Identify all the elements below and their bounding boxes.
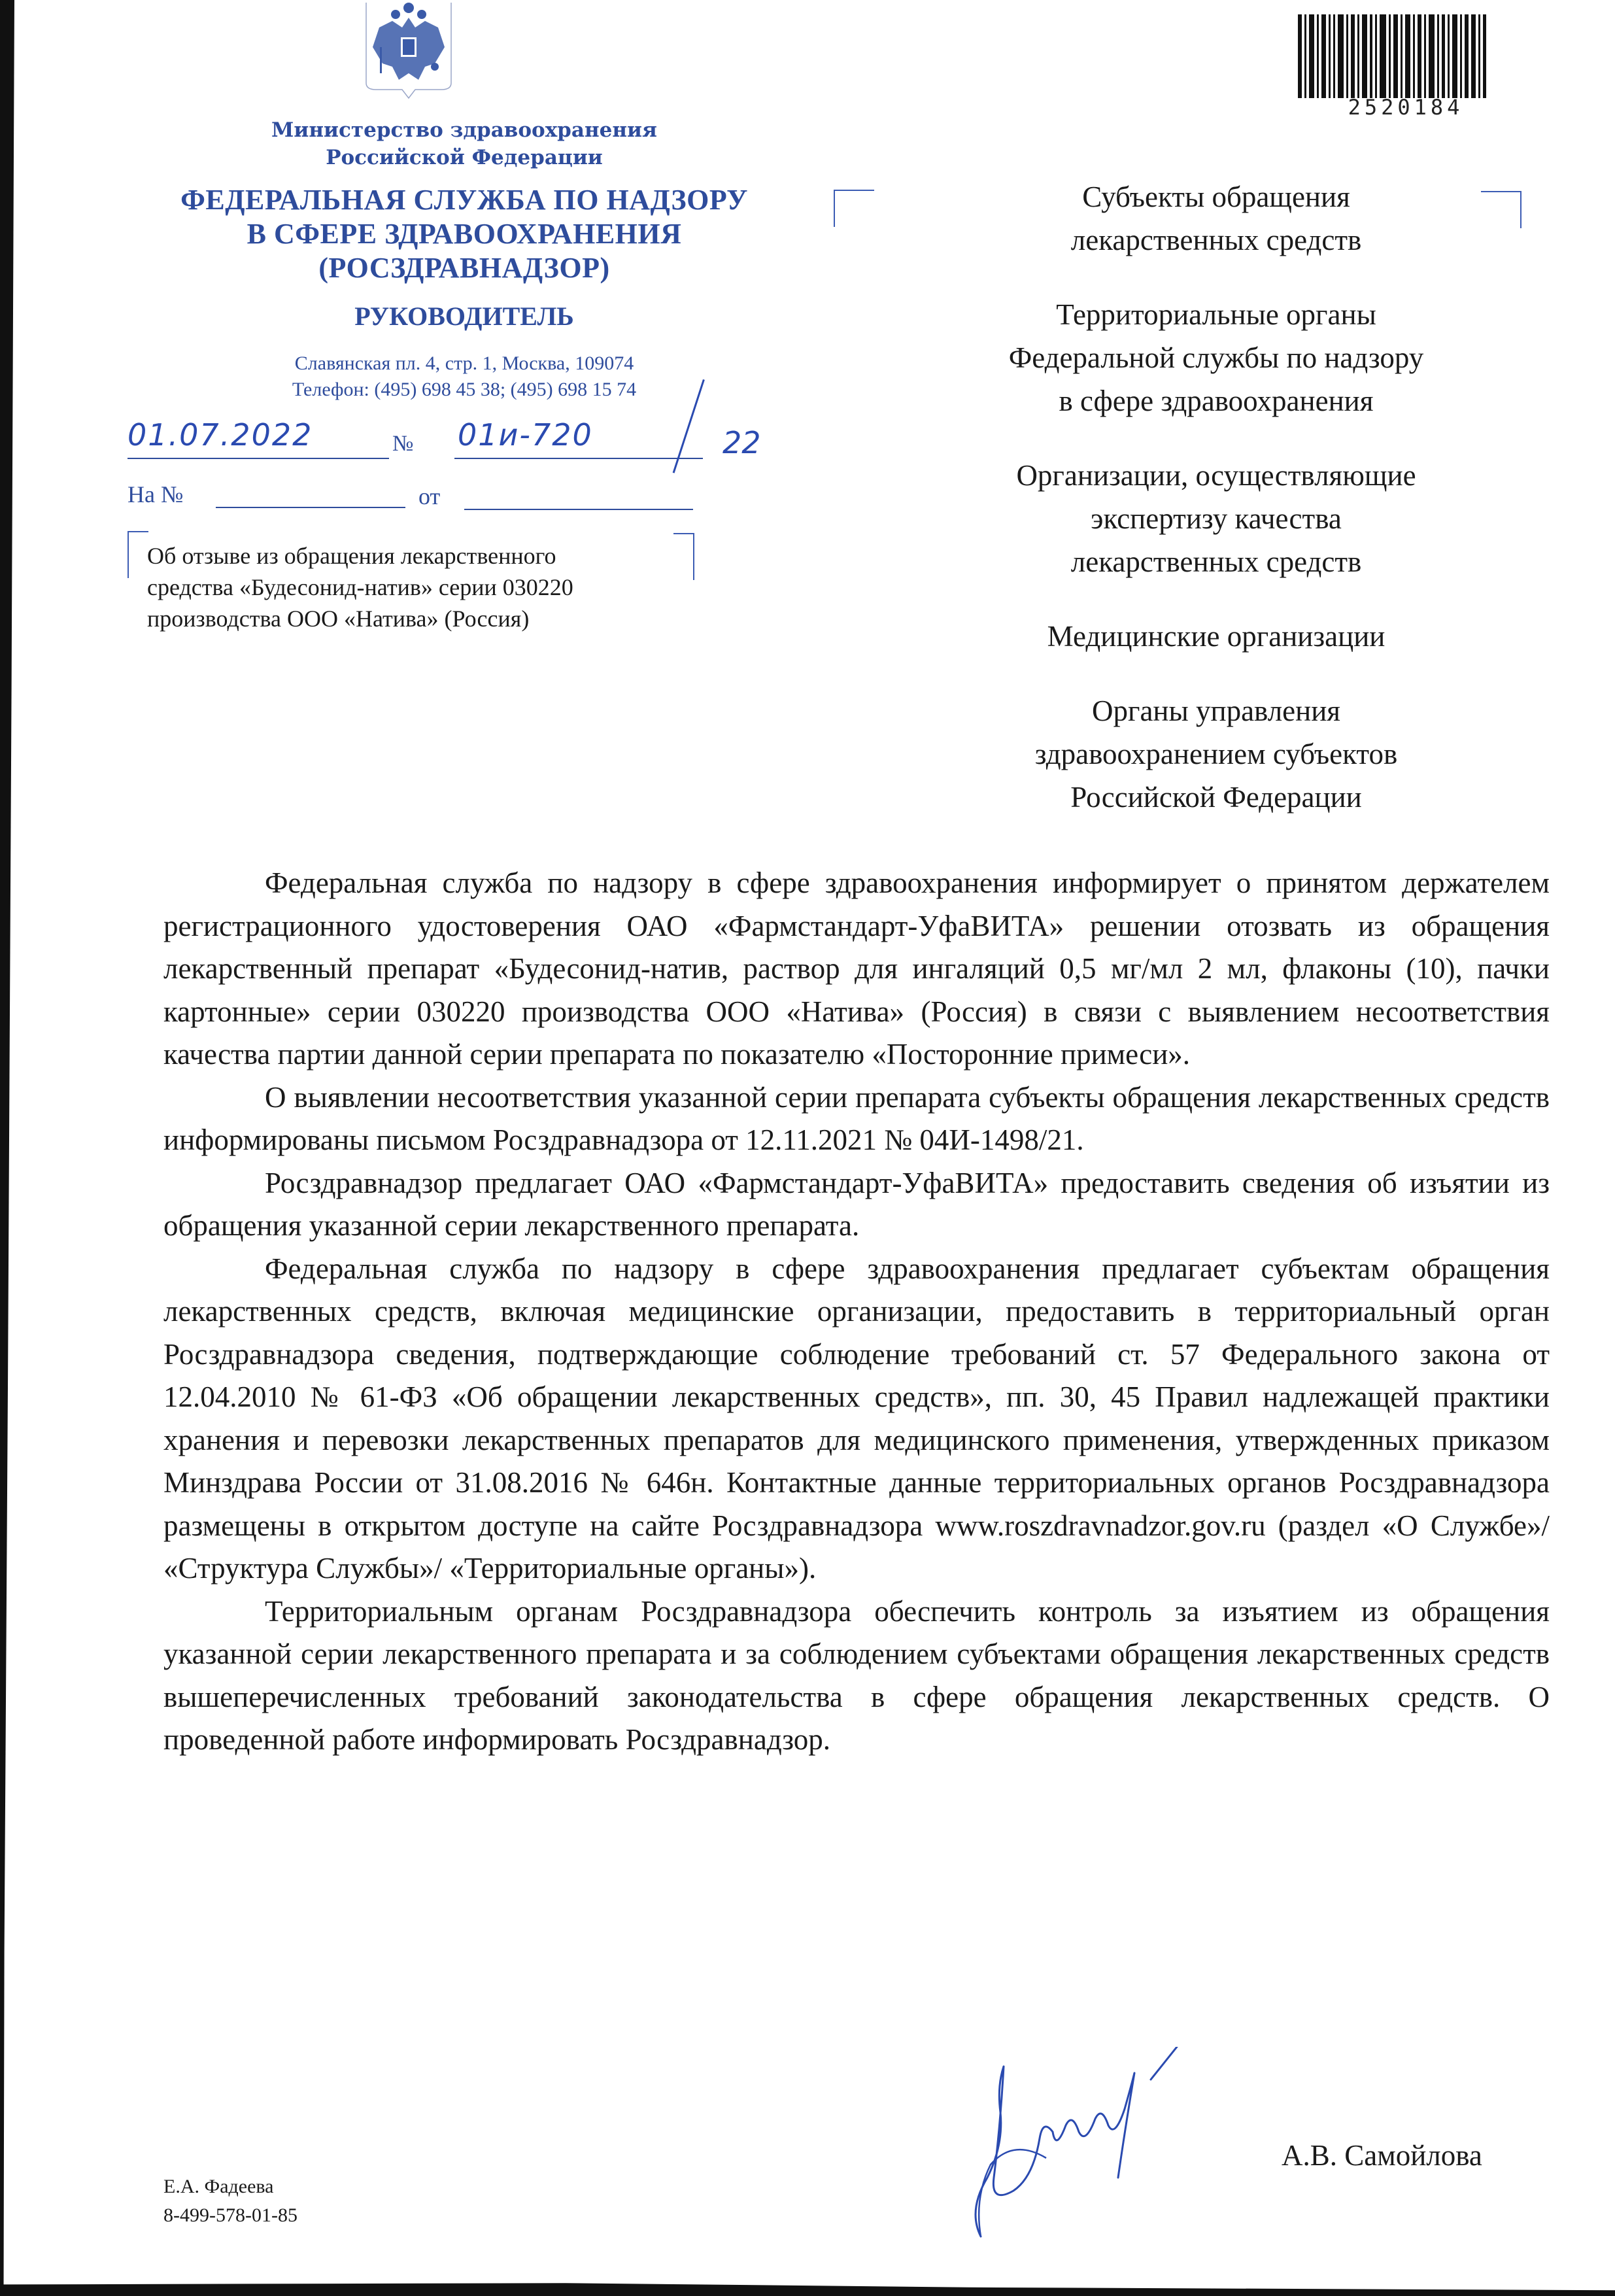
barcode-number: 2520184 bbox=[1298, 95, 1514, 120]
addressee-line: здравоохранением субъектов bbox=[876, 732, 1556, 776]
service-name: ФЕДЕРАЛЬНАЯ СЛУЖБА ПО НАДЗОРУ В СФЕРЕ ЗД… bbox=[118, 183, 811, 285]
addressee-line: Территориальные органы bbox=[876, 293, 1556, 336]
addressee-line: Федеральной службы по надзору bbox=[876, 336, 1556, 379]
body-paragraph: О выявлении несоответствия указанной сер… bbox=[163, 1076, 1550, 1162]
registration-number-suffix: 22 bbox=[722, 425, 761, 460]
number-underline bbox=[454, 458, 703, 459]
addressee-line: Российской Федерации bbox=[876, 776, 1556, 819]
reference-from-label: от bbox=[418, 483, 440, 510]
addressee-line: Организации, осуществляющие bbox=[876, 454, 1556, 497]
service-line-1: ФЕДЕРАЛЬНАЯ СЛУЖБА ПО НАДЗОРУ bbox=[118, 183, 811, 217]
service-line-3: (РОСЗДРАВНАДЗОР) bbox=[118, 251, 811, 285]
addressee-group: Органы управления здравоохранением субъе… bbox=[876, 689, 1556, 819]
registration-number: 01и-720 bbox=[458, 417, 593, 453]
service-line-2: В СФЕРЕ ЗДРАВООХРАНЕНИЯ bbox=[118, 217, 811, 251]
executor-name: Е.А. Фадеева bbox=[163, 2172, 297, 2201]
reference-date-field bbox=[464, 509, 693, 510]
position-title: РУКОВОДИТЕЛЬ bbox=[118, 301, 811, 332]
scan-edge-bottom bbox=[0, 2282, 1615, 2296]
addressee-line: Субъекты обращения bbox=[876, 175, 1556, 218]
date-underline bbox=[127, 458, 389, 459]
addressee-line: Органы управления bbox=[876, 689, 1556, 732]
coat-of-arms-icon bbox=[363, 1, 454, 99]
addressee-line: лекарственных средств bbox=[876, 540, 1556, 583]
executor-block: Е.А. Фадеева 8-499-578-01-85 bbox=[163, 2172, 297, 2230]
number-sign: № bbox=[392, 432, 413, 456]
body-paragraph: Федеральная служба по надзору в сфере зд… bbox=[163, 862, 1550, 1076]
subject-text-3: производства ООО «Натива» (Россия) bbox=[147, 603, 703, 634]
subject-line: Об отзыве из обращения лекарственного ср… bbox=[147, 540, 703, 634]
phone: Телефон: (495) 698 45 38; (495) 698 15 7… bbox=[118, 377, 811, 403]
letter-body: Федеральная служба по надзору в сфере зд… bbox=[163, 862, 1550, 1762]
addressee-group: Субъекты обращения лекарственных средств bbox=[876, 175, 1556, 262]
reference-number-label: На № bbox=[127, 481, 183, 508]
addressee-line: в сфере здравоохранения bbox=[876, 379, 1556, 422]
addressee-line: Медицинские организации bbox=[876, 615, 1556, 658]
body-paragraph: Федеральная служба по надзору в сфере зд… bbox=[163, 1248, 1550, 1590]
scan-edge-left bbox=[0, 0, 14, 2296]
addressee-line: экспертизу качества bbox=[876, 497, 1556, 540]
ministry-line-2: Российской Федерации bbox=[118, 144, 811, 171]
subject-text-1: Об отзыве из обращения лекарственного bbox=[147, 540, 703, 572]
addressee-group: Организации, осуществляющие экспертизу к… bbox=[876, 454, 1556, 583]
addressee-group: Территориальные органы Федеральной служб… bbox=[876, 293, 1556, 422]
subject-bracket-left bbox=[127, 531, 148, 578]
handwritten-signature-icon bbox=[942, 2047, 1282, 2243]
executor-phone: 8-499-578-01-85 bbox=[163, 2201, 297, 2230]
address: Славянская пл. 4, стр. 1, Москва, 109074 bbox=[118, 351, 811, 377]
body-paragraph: Территориальным органам Росздравнадзора … bbox=[163, 1590, 1550, 1762]
reference-number-field bbox=[216, 507, 405, 508]
body-paragraph: Росздравнадзор предлагает ОАО «Фармстанд… bbox=[163, 1162, 1550, 1248]
addressee-list: Субъекты обращения лекарственных средств… bbox=[876, 175, 1556, 850]
ministry-name: Министерство здравоохранения Российской … bbox=[118, 116, 811, 171]
addressee-group: Медицинские организации bbox=[876, 615, 1556, 658]
registration-date: 01.07.2022 bbox=[127, 417, 313, 453]
signer-name: А.В. Самойлова bbox=[1282, 2138, 1482, 2172]
barcode bbox=[1298, 14, 1514, 98]
subject-text-2: средства «Будесонид-натив» серии 030220 bbox=[147, 572, 703, 603]
ministry-line-1: Министерство здравоохранения bbox=[118, 116, 811, 144]
addressee-bracket-left bbox=[834, 190, 874, 227]
contact-block: Славянская пл. 4, стр. 1, Москва, 109074… bbox=[118, 351, 811, 403]
addressee-line: лекарственных средств bbox=[876, 218, 1556, 262]
